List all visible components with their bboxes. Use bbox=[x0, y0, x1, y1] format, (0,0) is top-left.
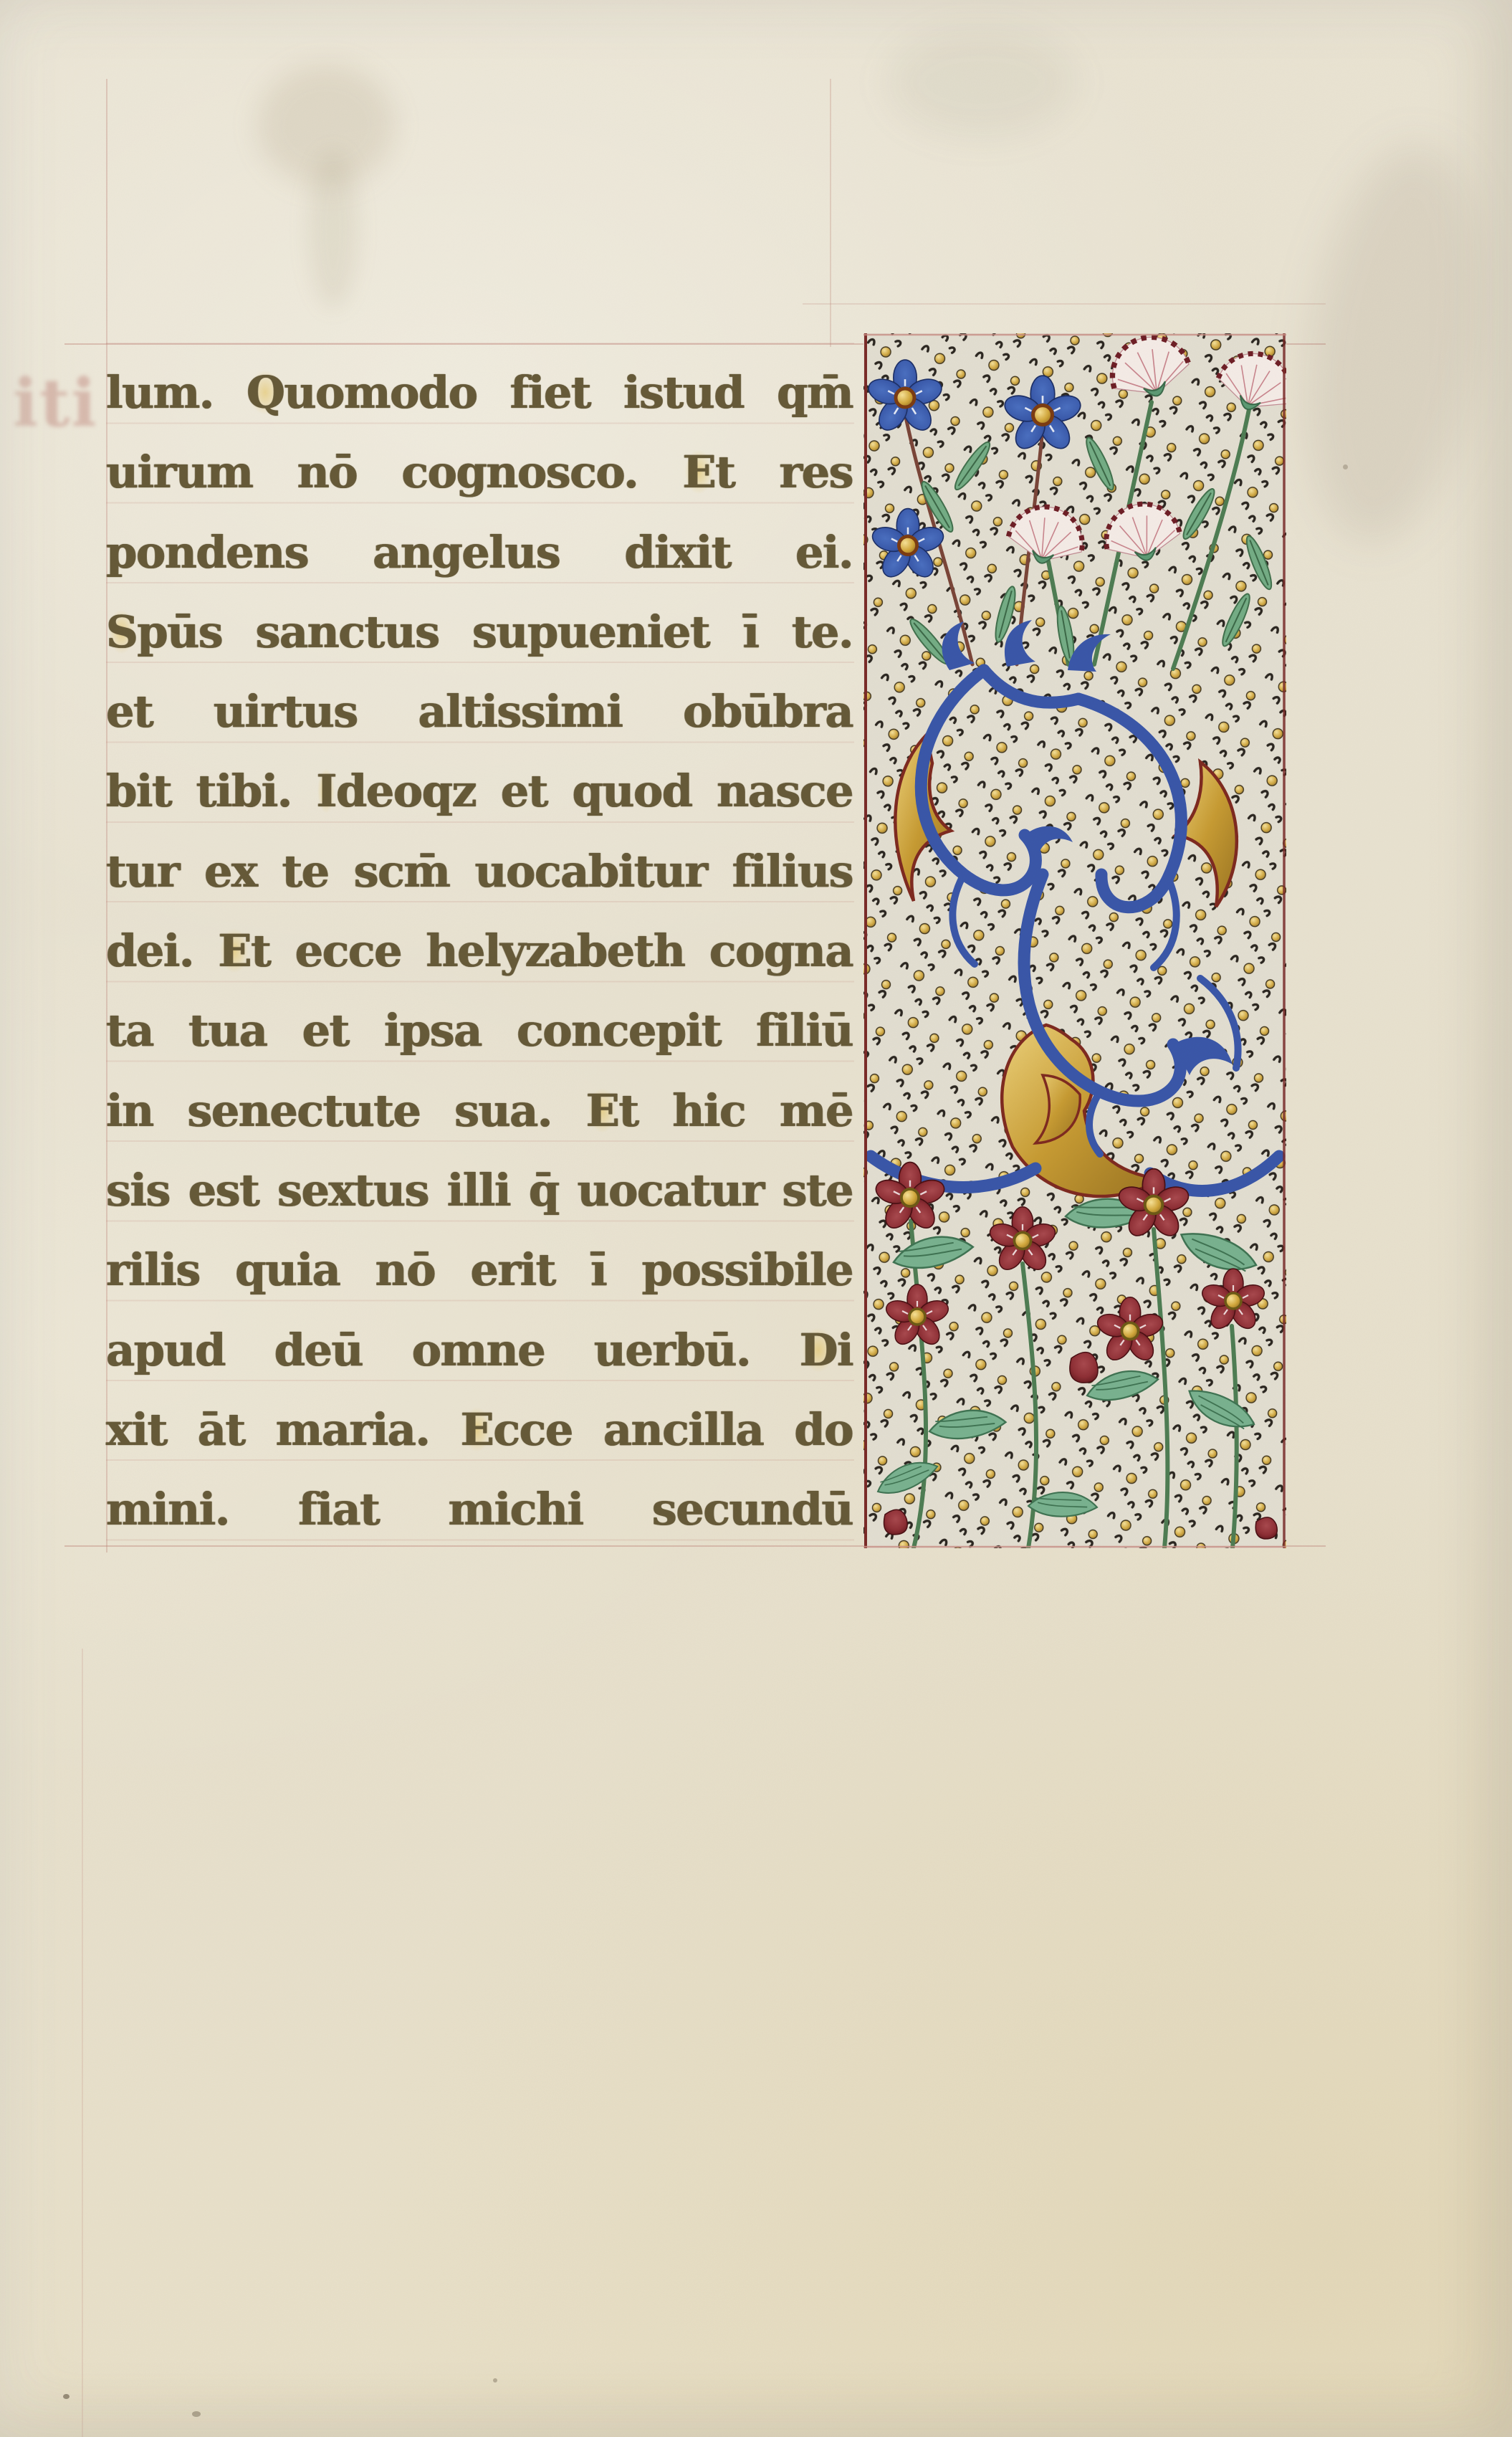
stain bbox=[1284, 134, 1503, 555]
text-line: et uirtus altissimi obūbra bbox=[106, 672, 853, 751]
illuminated-border bbox=[863, 333, 1286, 1548]
text-line: mini. fiat michi secundū bbox=[106, 1469, 853, 1549]
ruling-line bbox=[830, 79, 831, 347]
text-line: pondens angelus dixit ei. bbox=[106, 512, 853, 592]
ruling-line bbox=[82, 1649, 83, 2437]
washed-initial: E bbox=[218, 925, 251, 977]
washed-initial: Q bbox=[247, 366, 284, 419]
stain bbox=[258, 65, 394, 186]
text-line: apud deū omne uerbū. Di bbox=[106, 1310, 853, 1390]
text-line: ta tua et ipsa concepit filiū bbox=[106, 991, 853, 1070]
text-line: tur ex te scm̄ uocabitur filius bbox=[106, 831, 853, 911]
stain bbox=[889, 29, 1075, 136]
washed-initial: E bbox=[586, 1084, 619, 1137]
washed-initial: E bbox=[682, 446, 715, 498]
text-line: xit āt maria. Ecce ancilla do bbox=[106, 1390, 853, 1469]
washed-initial: D bbox=[800, 1324, 837, 1376]
ruling-line bbox=[803, 303, 1326, 305]
washed-initial: S bbox=[106, 606, 137, 658]
text-line: bit tibi. Ideoqz et quod nasce bbox=[106, 751, 853, 831]
speck bbox=[1343, 464, 1348, 469]
text-line: uirum nō cognosco. Et res bbox=[106, 432, 853, 512]
text-line: in senectute sua. Et hic mē bbox=[106, 1071, 853, 1150]
text-line: Spūs sanctus supueniet ī te. bbox=[106, 592, 853, 672]
ink-bleedthrough: iti bbox=[13, 353, 99, 453]
washed-initial: I bbox=[316, 765, 336, 817]
text-line: sis est sextus illi q̄ uocatur ste bbox=[106, 1150, 853, 1230]
speck bbox=[493, 2378, 497, 2383]
speck bbox=[192, 2411, 201, 2417]
text-line: rilis quia nō erit ī possibile bbox=[106, 1230, 853, 1310]
speck bbox=[63, 2394, 70, 2399]
manuscript-page: iti lum. Quomodo fiet istud qm̄uirum nō … bbox=[0, 0, 1512, 2437]
text-block: lum. Quomodo fiet istud qm̄uirum nō cogn… bbox=[106, 353, 853, 1549]
washed-initial: E bbox=[461, 1403, 494, 1456]
text-line: lum. Quomodo fiet istud qm̄ bbox=[106, 353, 853, 432]
text-line: dei. Et ecce helyzabeth cogna bbox=[106, 911, 853, 991]
stain bbox=[308, 151, 358, 308]
